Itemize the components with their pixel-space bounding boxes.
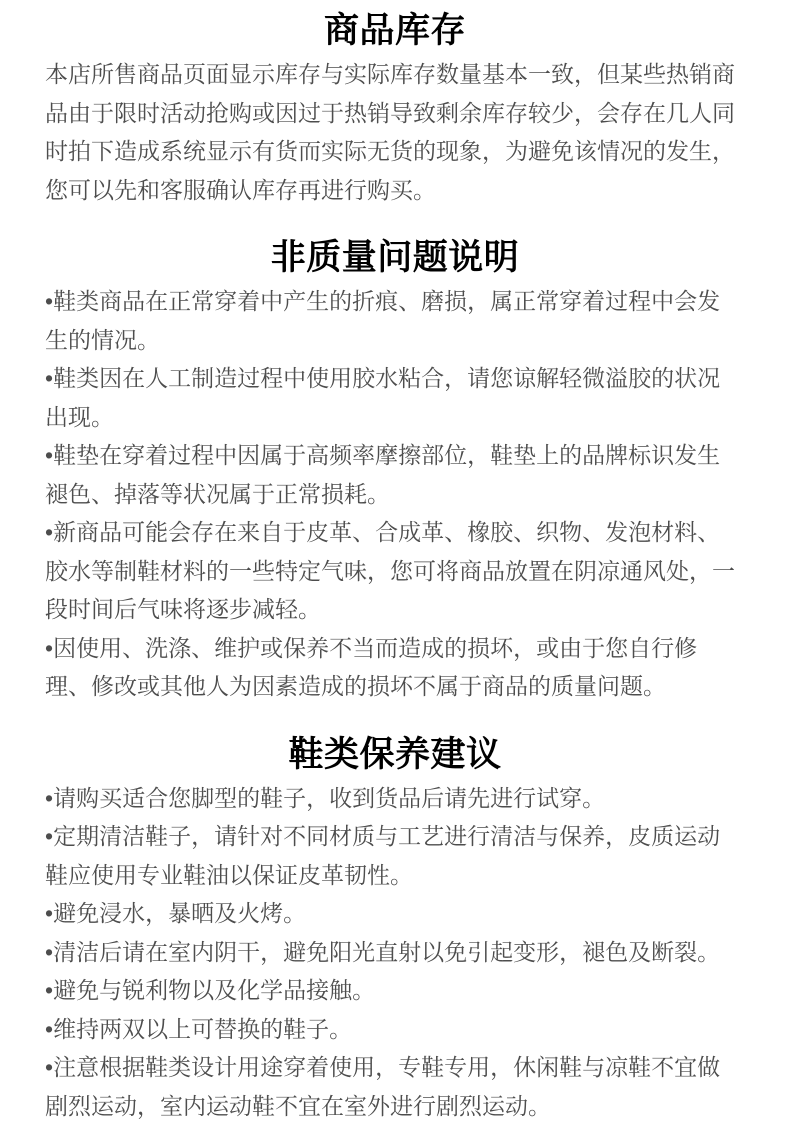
bullet-text: 维持两双以上可替换的鞋子。 xyxy=(53,1016,352,1042)
bullet-dot-icon: • xyxy=(45,365,53,391)
bullet-dot-icon: • xyxy=(45,519,53,545)
bullet-dot-icon: • xyxy=(45,823,53,849)
bullet-text: 鞋垫在穿着过程中因属于高频率摩擦部位，鞋垫上的品牌标识发生 褪色、掉落等状况属于… xyxy=(45,442,720,507)
bullet-item: •维持两双以上可替换的鞋子。 xyxy=(45,1010,745,1049)
bullet-dot-icon: • xyxy=(45,1016,53,1042)
bullet-dot-icon: • xyxy=(45,939,53,965)
bullet-text: 请购买适合您脚型的鞋子，收到货品后请先进行试穿。 xyxy=(53,785,605,811)
bullet-text: 因使用、洗涤、维护或保养不当而造成的损坏，或由于您自行修 理、修改或其他人为因素… xyxy=(45,635,697,700)
bullet-dot-icon: • xyxy=(45,442,53,468)
bullet-item: •清洁后请在室内阴干，避免阳光直射以免引起变形，褪色及断裂。 xyxy=(45,933,745,972)
section-inventory-notice: 商品库存 本店所售商品页面显示库存与实际库存数量基本一致，但某些热销商 品由于限… xyxy=(45,8,745,209)
bullet-item: •新商品可能会存在来自于皮革、合成革、橡胶、织物、发泡材料、 胶水等制鞋材料的一… xyxy=(45,513,745,629)
bullet-text: 注意根据鞋类设计用途穿着使用，专鞋专用，休闲鞋与凉鞋不宜做 剧烈运动，室内运动鞋… xyxy=(45,1054,720,1119)
section-non-quality-issues: 非质量问题说明 •鞋类商品在正常穿着中产生的折痕、磨损，属正常穿着过程中会发 生… xyxy=(45,235,745,706)
bullet-dot-icon: • xyxy=(45,1054,53,1080)
bullet-text: 清洁后请在室内阴干，避免阳光直射以免引起变形，褪色及断裂。 xyxy=(53,939,720,965)
bullet-text: 避免浸水，暴晒及火烤。 xyxy=(53,900,306,926)
bullet-dot-icon: • xyxy=(45,977,53,1003)
section-title-shoe-care: 鞋类保养建议 xyxy=(45,732,745,777)
bullet-item: •鞋类因在人工制造过程中使用胶水粘合，请您谅解轻微溢胶的状况 出现。 xyxy=(45,359,745,436)
bullet-dot-icon: • xyxy=(45,288,53,314)
bullet-text: 定期清洁鞋子，请针对不同材质与工艺进行清洁与保养，皮质运动 鞋应使用专业鞋油以保… xyxy=(45,823,720,888)
bullet-item: •注意根据鞋类设计用途穿着使用，专鞋专用，休闲鞋与凉鞋不宜做 剧烈运动，室内运动… xyxy=(45,1048,745,1125)
bullet-item: •定期清洁鞋子，请针对不同材质与工艺进行清洁与保养，皮质运动 鞋应使用专业鞋油以… xyxy=(45,817,745,894)
non-quality-bullet-list: •鞋类商品在正常穿着中产生的折痕、磨损，属正常穿着过程中会发 生的情况。 •鞋类… xyxy=(45,282,745,706)
bullet-item: •鞋垫在穿着过程中因属于高频率摩擦部位，鞋垫上的品牌标识发生 褪色、掉落等状况属… xyxy=(45,436,745,513)
product-notice-page: 商品库存 本店所售商品页面显示库存与实际库存数量基本一致，但某些热销商 品由于限… xyxy=(0,8,790,1125)
bullet-dot-icon: • xyxy=(45,900,53,926)
bullet-text: 鞋类因在人工制造过程中使用胶水粘合，请您谅解轻微溢胶的状况 出现。 xyxy=(45,365,720,430)
bullet-item: •请购买适合您脚型的鞋子，收到货品后请先进行试穿。 xyxy=(45,779,745,818)
bullet-dot-icon: • xyxy=(45,635,53,661)
bullet-item: •避免与锐利物以及化学品接触。 xyxy=(45,971,745,1010)
bullet-item: •因使用、洗涤、维护或保养不当而造成的损坏，或由于您自行修 理、修改或其他人为因… xyxy=(45,629,745,706)
section-title-inventory: 商品库存 xyxy=(45,8,745,53)
section-title-non-quality: 非质量问题说明 xyxy=(45,235,745,280)
bullet-dot-icon: • xyxy=(45,785,53,811)
bullet-item: •避免浸水，暴晒及火烤。 xyxy=(45,894,745,933)
bullet-text: 新商品可能会存在来自于皮革、合成革、橡胶、织物、发泡材料、 胶水等制鞋材料的一些… xyxy=(45,519,735,622)
bullet-item: •鞋类商品在正常穿着中产生的折痕、磨损，属正常穿着过程中会发 生的情况。 xyxy=(45,282,745,359)
bullet-text: 避免与锐利物以及化学品接触。 xyxy=(53,977,375,1003)
inventory-paragraph: 本店所售商品页面显示库存与实际库存数量基本一致，但某些热销商 品由于限时活动抢购… xyxy=(45,55,745,209)
section-shoe-care-tips: 鞋类保养建议 •请购买适合您脚型的鞋子，收到货品后请先进行试穿。 •定期清洁鞋子… xyxy=(45,732,745,1126)
shoe-care-bullet-list: •请购买适合您脚型的鞋子，收到货品后请先进行试穿。 •定期清洁鞋子，请针对不同材… xyxy=(45,779,745,1126)
inventory-paragraph-text: 本店所售商品页面显示库存与实际库存数量基本一致，但某些热销商 品由于限时活动抢购… xyxy=(45,61,735,203)
bullet-text: 鞋类商品在正常穿着中产生的折痕、磨损，属正常穿着过程中会发 生的情况。 xyxy=(45,288,720,353)
